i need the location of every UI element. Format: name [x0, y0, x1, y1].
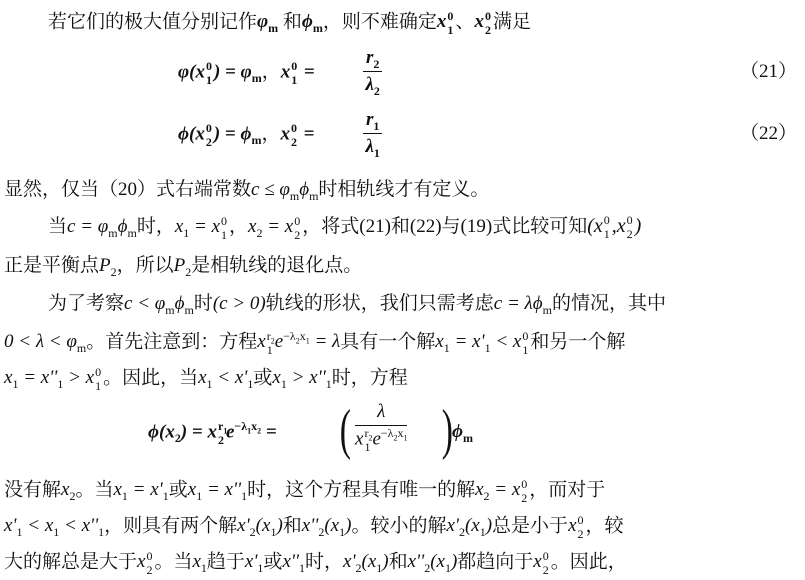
text: 是相轨线的退化点。	[191, 255, 362, 276]
text: ，所以	[117, 255, 174, 276]
math-phi-m-2: ϕm	[302, 11, 323, 32]
math-x1pp: x''1	[282, 551, 305, 572]
text: 时，	[137, 216, 175, 237]
text: 总是小于	[492, 515, 568, 536]
text: 显然，仅当（20）式右端常数	[4, 179, 251, 200]
math-x1-eq-x1p: x1 = x'1	[113, 479, 168, 500]
text: 。当	[75, 479, 113, 500]
math-x2p-c: x'2(x1)	[343, 551, 389, 572]
paragraph-line-1: 若它们的极大值分别记作φm 和ϕm，则不难确定x01、x02满足	[48, 10, 531, 36]
text: 时，这个方程具有唯一的解	[247, 479, 475, 500]
paragraph-line-p5: 没有解x2。当x1 = x'1或x1 = x''1时，这个方程具有唯一的解x2 …	[4, 478, 605, 504]
text: 时，	[305, 551, 343, 572]
text: 时相轨线才有定义。	[318, 179, 489, 200]
text: ，则具有两个解	[104, 515, 237, 536]
text: 正是平衡点	[4, 255, 99, 276]
text: 的情况，其中	[552, 293, 666, 314]
paragraph-line-p3b: 正是平衡点P2，所以P2是相轨线的退化点。	[4, 254, 362, 278]
eq22-fraction: r1λ1	[363, 108, 382, 159]
math-lambda-range: 0 < λ < φm	[4, 331, 86, 352]
eq22-lhs: ϕ(x02) = ϕm，x02 =	[178, 122, 315, 148]
math-x2-eq-x20: x2 = x02	[475, 479, 529, 500]
text: 具有一个解	[340, 331, 435, 352]
text: 若它们的极大值分别记作	[48, 11, 257, 32]
text: 时，方程	[332, 367, 408, 388]
text: 。因此，当	[103, 367, 198, 388]
math-x2p-b: x'2(x1)	[446, 515, 492, 536]
text: 轨线的形状，我们只需考虑	[266, 293, 494, 314]
eq-phi-m: ϕm	[452, 420, 473, 444]
text: 满足	[493, 11, 531, 32]
equation-number-22: （22）	[740, 122, 797, 146]
text: 都趋向于	[457, 551, 533, 572]
math-x1-eq-x1pp: x1 = x''1	[188, 479, 247, 500]
text: 、	[455, 11, 474, 32]
math-P2-b: P2	[174, 255, 192, 276]
text: 。首先注意到：方程	[86, 331, 257, 352]
text: 。因此，	[551, 551, 627, 572]
math-x2p: x'2(x1)	[237, 515, 283, 536]
math-x1-eq: x1 = x01	[175, 216, 229, 237]
math-sol2: x1 = x''1 > x01	[4, 367, 103, 388]
text: 。较小的解	[351, 515, 446, 536]
math-phi-m: φm	[257, 11, 278, 32]
text: ，而对于	[529, 479, 605, 500]
paragraph-line-p4c: x1 = x''1 > x01。因此，当x1 < x'1或x1 > x''1时，…	[4, 366, 408, 392]
paragraph-line-p5c: 大的解总是大于x02。当x1趋于x'1或x''1时，x'2(x1)和x''2(x…	[4, 550, 627, 576]
math-condition: c ≤ φmϕm	[251, 179, 318, 200]
text: 趋于	[207, 551, 245, 572]
text: 和	[283, 515, 302, 536]
math-x20-c: x02	[533, 551, 550, 572]
math-c-lambda: c = λϕm	[494, 293, 552, 314]
math-x2-eq: x2 = x02	[248, 216, 302, 237]
math-x1-gt: x1 > x''1	[272, 367, 331, 388]
eq21-lhs: φ(x01) = φm，x01 =	[178, 60, 315, 86]
math-pair: (x01,x02)	[587, 215, 641, 237]
math-x2pp: x''2(x1)	[302, 515, 352, 536]
math-x20-b: x02	[137, 551, 154, 572]
text: 时	[194, 293, 213, 314]
text: 没有解	[4, 479, 61, 500]
left-paren: (	[340, 402, 351, 458]
math-c-lt: c < φmϕm	[124, 293, 194, 314]
paragraph-line-p4: 为了考察c < φmϕm时(c > 0)轨线的形状，我们只需考虑c = λϕm的…	[48, 292, 666, 316]
text: 和另一个解	[530, 331, 625, 352]
text: 。当	[154, 551, 192, 572]
text: 或	[263, 551, 282, 572]
text: 或	[253, 367, 272, 388]
paragraph-line-p2: 显然，仅当（20）式右端常数c ≤ φmϕm时相轨线才有定义。	[4, 178, 489, 202]
math-x1: x1	[192, 551, 206, 572]
text: ，较	[586, 515, 624, 536]
paragraph-line-p4b: 0 < λ < φm。首先注意到：方程xr21e−λ2x1 = λ具有一个解x1…	[4, 330, 625, 356]
paragraph-line-p3: 当c = φmϕm时，x1 = x01，x2 = x02，将式(21)和(22)…	[48, 214, 641, 241]
math-x1-lt: x1 < x'1	[198, 367, 253, 388]
eq-fraction: λxr21e−λ2x1	[355, 400, 407, 453]
text: 和	[283, 11, 302, 32]
text: 和	[389, 551, 408, 572]
text: ，则不难确定	[323, 11, 437, 32]
math-x1-0: x01	[437, 11, 456, 32]
eq21-fraction: r2λ2	[363, 46, 382, 97]
equation-number-21: （21）	[740, 60, 797, 84]
text: 为了考察	[48, 293, 124, 314]
math-c-gt-0: (c > 0)	[213, 293, 266, 314]
math-x2pp-c: x''2(x1)	[408, 551, 458, 572]
math-P2: P2	[99, 255, 117, 276]
paragraph-line-p5b: x'1 < x1 < x''1，则具有两个解x'2(x1)和x''2(x1)。较…	[4, 514, 624, 540]
text: 当	[48, 216, 67, 237]
text: 或	[169, 479, 188, 500]
math-x20: x02	[568, 515, 585, 536]
math-sol1: x1 = x'1 < x01	[435, 331, 530, 352]
math-x2: x2	[61, 479, 75, 500]
eq-lhs: ϕ(x2) = xr12e−λ1x2 =	[148, 420, 277, 446]
math-c-eq: c = φmϕm	[67, 216, 137, 237]
math-range: x'1 < x1 < x''1	[4, 515, 104, 536]
equation-21: φ(x01) = φm，x01 = r2λ2 （21）	[178, 46, 805, 102]
math-eq-x1: xr21e−λ2x1 = λ	[257, 331, 340, 352]
equation-22: ϕ(x02) = ϕm，x02 = r1λ1 （22）	[178, 108, 805, 164]
text: 大的解总是大于	[4, 551, 137, 572]
math-x2-0: x02	[474, 11, 493, 32]
text: ，将式(21)和(22)与(19)式比较可知	[302, 216, 587, 237]
math-x1p: x'1	[245, 551, 264, 572]
